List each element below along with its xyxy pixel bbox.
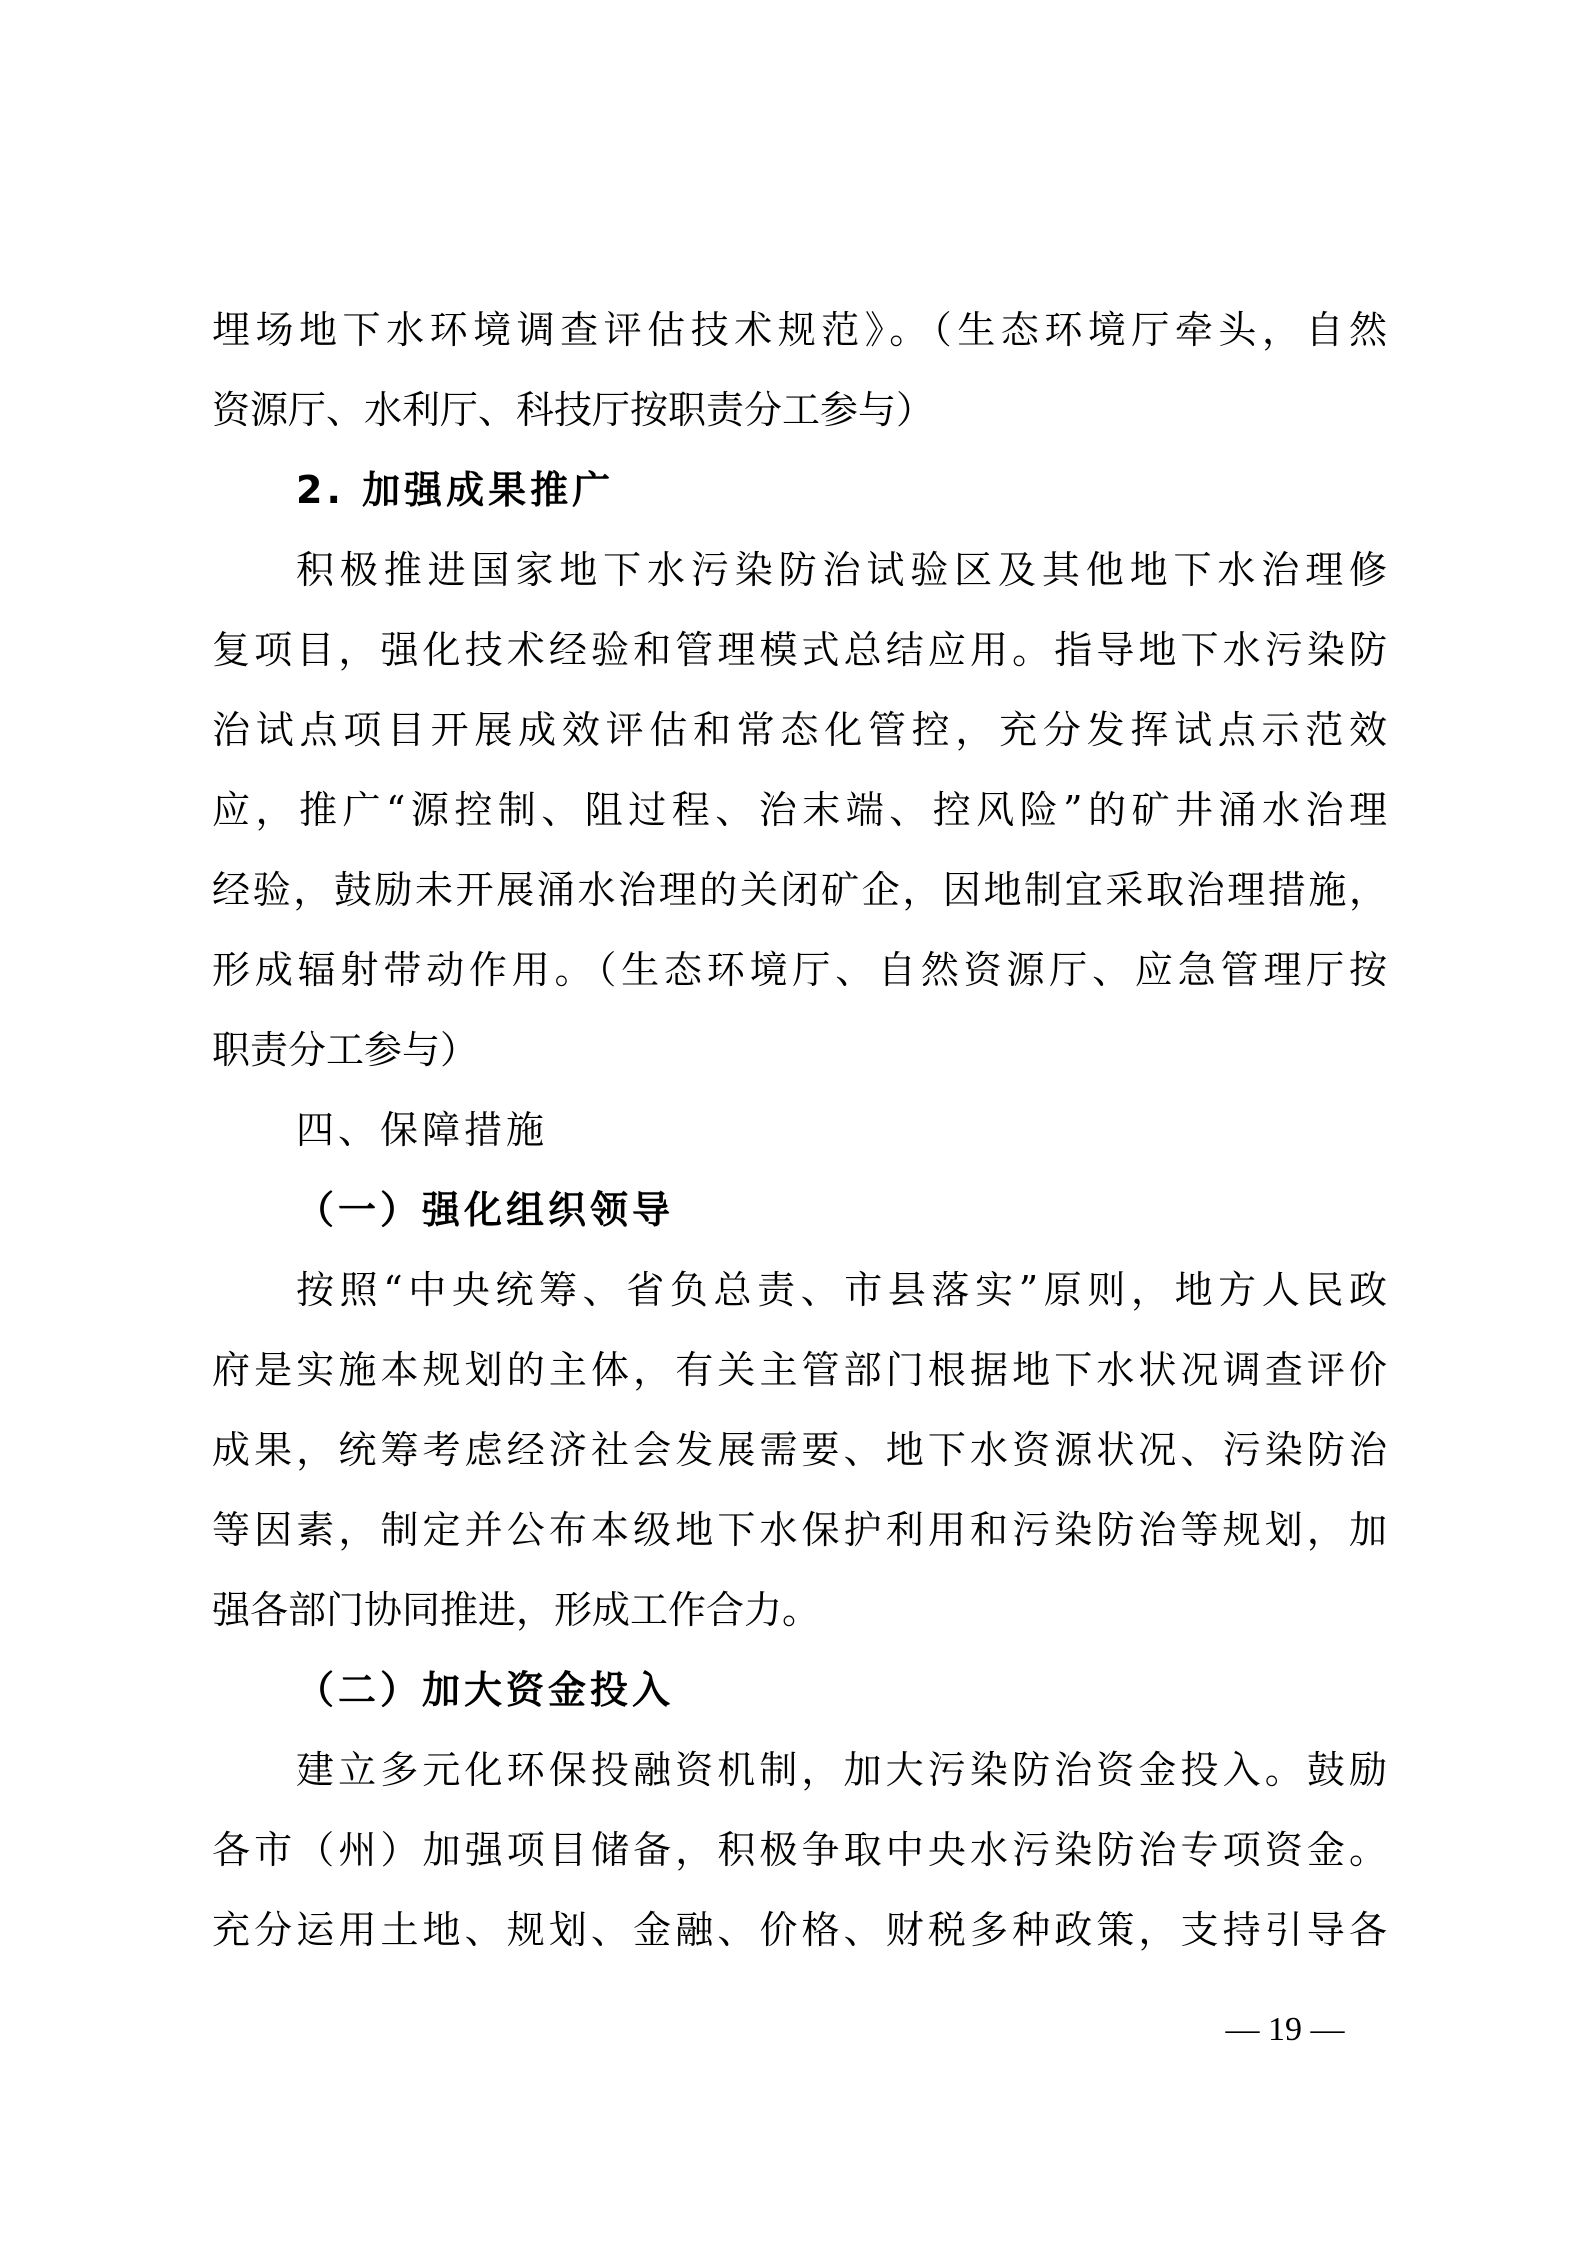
body-text-line: 各市（州）加强项目储备，积极争取中央水污染防治专项资金。: [212, 1820, 1387, 1880]
body-text-line: 应，推广“源控制、阻过程、治末端、控风险”的矿井涌水治理: [212, 780, 1387, 840]
body-text-line: 治试点项目开展成效评估和常态化管控，充分发挥试点示范效: [212, 700, 1387, 760]
section-heading-safeguards: 四、保障措施: [296, 1100, 1387, 1160]
body-text-line: 埋场地下水环境调查评估技术规范》。（生态环境厅牵头，自然: [212, 300, 1387, 360]
document-page: 埋场地下水环境调查评估技术规范》。（生态环境厅牵头，自然 资源厅、水利厅、科技厅…: [0, 0, 1587, 2245]
body-text-line: 府是实施本规划的主体，有关主管部门根据地下水状况调查评价: [212, 1340, 1387, 1400]
body-text-line: 职责分工参与）: [212, 1020, 1387, 1080]
page-number: — 19 —: [1210, 2010, 1360, 2050]
body-text-line: 经验，鼓励未开展涌水治理的关闭矿企，因地制宜采取治理措施，: [212, 860, 1387, 920]
subsection-heading-leadership: （一）强化组织领导: [296, 1180, 1387, 1240]
body-text-line: 建立多元化环保投融资机制，加大污染防治资金投入。鼓励: [296, 1740, 1387, 1800]
body-text-line: 充分运用土地、规划、金融、价格、财税多种政策，支持引导各: [212, 1900, 1387, 1960]
body-text-line: 按照“中央统筹、省负总责、市县落实”原则，地方人民政: [296, 1260, 1387, 1320]
subsection-heading-promote-results: 2. 加强成果推广: [296, 460, 1387, 520]
body-text-line: 资源厅、水利厅、科技厅按职责分工参与）: [212, 380, 1387, 440]
subsection-heading-funding: （二）加大资金投入: [296, 1660, 1387, 1720]
body-text-line: 强各部门协同推进，形成工作合力。: [212, 1580, 1387, 1640]
body-text-line: 形成辐射带动作用。（生态环境厅、自然资源厅、应急管理厅按: [212, 940, 1387, 1000]
body-text-line: 复项目，强化技术经验和管理模式总结应用。指导地下水污染防: [212, 620, 1387, 680]
body-text-line: 积极推进国家地下水污染防治试验区及其他地下水治理修: [296, 540, 1387, 600]
body-text-line: 成果，统筹考虑经济社会发展需要、地下水资源状况、污染防治: [212, 1420, 1387, 1480]
body-text-line: 等因素，制定并公布本级地下水保护利用和污染防治等规划，加: [212, 1500, 1387, 1560]
